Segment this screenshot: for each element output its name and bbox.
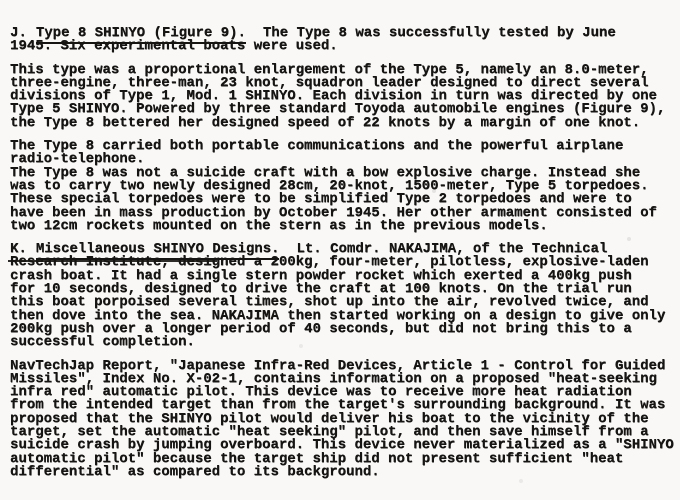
paragraph-text: This type was a proportional enlargement… — [10, 62, 665, 131]
scan-speckles — [0, 0, 2, 2]
document-page: J.Type 8 SHINYO (Figure 9).The Type 8 wa… — [0, 0, 680, 500]
type8-description-paragraph: This type was a proportional enlargement… — [10, 64, 676, 130]
scan-artifact-line — [8, 260, 217, 262]
paragraph-text: The Type 8 carried both portable communi… — [10, 138, 657, 234]
scan-artifact-line — [62, 42, 228, 44]
paragraph-text: NavTechJap Report, "Japanese Infra-Red D… — [10, 358, 674, 480]
type8-armament-paragraph: The Type 8 carried both portable communi… — [10, 140, 676, 233]
section-j-paragraph: J.Type 8 SHINYO (Figure 9).The Type 8 wa… — [10, 27, 676, 54]
section-body-k: Lt. Comdr. NAKAJIMA, of the Technical Re… — [10, 241, 665, 350]
navtechjap-report-paragraph: NavTechJap Report, "Japanese Infra-Red D… — [10, 360, 676, 480]
